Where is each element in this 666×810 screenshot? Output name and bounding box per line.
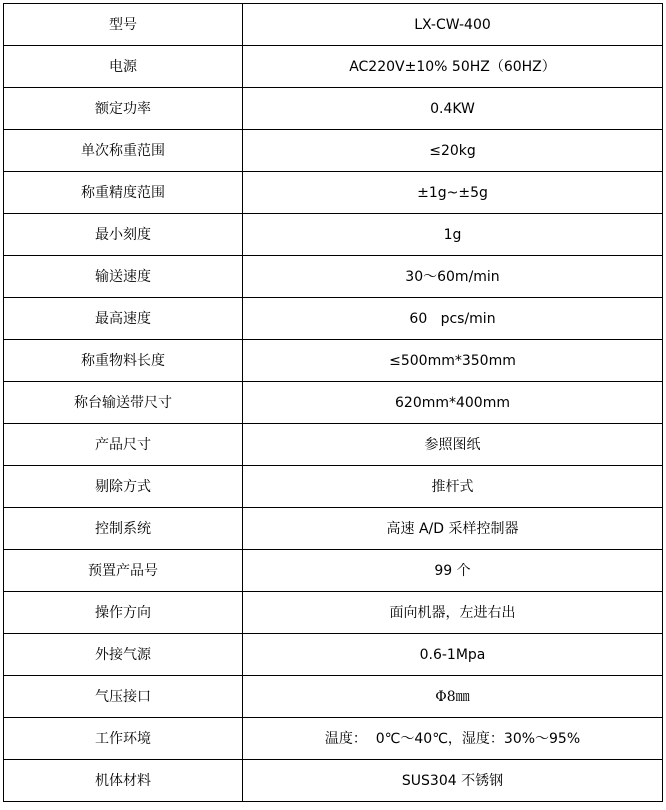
- row-value: 1g: [243, 214, 663, 256]
- row-label: 剔除方式: [4, 466, 243, 508]
- table-row-body-material: 机体材料 SUS304 不锈钢: [4, 760, 663, 802]
- table-row-max-speed: 最高速度 60 pcs/min: [4, 298, 663, 340]
- row-label: 称台输送带尺寸: [4, 382, 243, 424]
- row-value: ≤20kg: [243, 130, 663, 172]
- row-label: 控制系统: [4, 508, 243, 550]
- table-row-weighing-range: 单次称重范围 ≤20kg: [4, 130, 663, 172]
- row-label: 外接气源: [4, 634, 243, 676]
- table-row-accuracy-range: 称重精度范围 ±1g~±5g: [4, 172, 663, 214]
- row-label: 操作方向: [4, 592, 243, 634]
- row-value: 推杆式: [243, 466, 663, 508]
- table-row-control-system: 控制系统 高速 A/D 采样控制器: [4, 508, 663, 550]
- row-value: 30～60m/min: [243, 256, 663, 298]
- row-value: ≤500mm*350mm: [243, 340, 663, 382]
- row-label: 称重物料长度: [4, 340, 243, 382]
- row-value: AC220V±10% 50HZ（60HZ）: [243, 46, 663, 88]
- row-label: 单次称重范围: [4, 130, 243, 172]
- row-label: 最小刻度: [4, 214, 243, 256]
- table-row-operating-direction: 操作方向 面向机器，左进右出: [4, 592, 663, 634]
- row-value: 60 pcs/min: [243, 298, 663, 340]
- row-value: 0.6-1Mpa: [243, 634, 663, 676]
- row-label: 最高速度: [4, 298, 243, 340]
- row-label: 机体材料: [4, 760, 243, 802]
- row-value: 99 个: [243, 550, 663, 592]
- row-label: 工作环境: [4, 718, 243, 760]
- spec-table: 型号 LX-CW-400 电源 AC220V±10% 50HZ（60HZ） 额定…: [3, 3, 663, 802]
- table-row-material-length: 称重物料长度 ≤500mm*350mm: [4, 340, 663, 382]
- row-label: 产品尺寸: [4, 424, 243, 466]
- row-label: 气压接口: [4, 676, 243, 718]
- table-row-reject-method: 剔除方式 推杆式: [4, 466, 663, 508]
- table-row-preset-products: 预置产品号 99 个: [4, 550, 663, 592]
- table-row-conveyor-speed: 输送速度 30～60m/min: [4, 256, 663, 298]
- row-value: 参照图纸: [243, 424, 663, 466]
- table-row-air-port: 气压接口 Φ8㎜: [4, 676, 663, 718]
- row-value: 620mm*400mm: [243, 382, 663, 424]
- row-value: ±1g~±5g: [243, 172, 663, 214]
- row-value: SUS304 不锈钢: [243, 760, 663, 802]
- table-row-model: 型号 LX-CW-400: [4, 4, 663, 46]
- row-label: 额定功率: [4, 88, 243, 130]
- row-label: 型号: [4, 4, 243, 46]
- row-value: 温度： 0℃～40℃，湿度：30%～95%: [243, 718, 663, 760]
- row-label: 预置产品号: [4, 550, 243, 592]
- row-value: 0.4KW: [243, 88, 663, 130]
- row-label: 称重精度范围: [4, 172, 243, 214]
- row-value: 高速 A/D 采样控制器: [243, 508, 663, 550]
- row-value: Φ8㎜: [243, 676, 663, 718]
- table-row-air-source: 外接气源 0.6-1Mpa: [4, 634, 663, 676]
- table-row-rated-power: 额定功率 0.4KW: [4, 88, 663, 130]
- table-row-power-supply: 电源 AC220V±10% 50HZ（60HZ）: [4, 46, 663, 88]
- table-row-working-environment: 工作环境 温度： 0℃～40℃，湿度：30%～95%: [4, 718, 663, 760]
- row-value: LX-CW-400: [243, 4, 663, 46]
- table-row-belt-size: 称台输送带尺寸 620mm*400mm: [4, 382, 663, 424]
- table-row-product-size: 产品尺寸 参照图纸: [4, 424, 663, 466]
- row-label: 电源: [4, 46, 243, 88]
- table-row-min-division: 最小刻度 1g: [4, 214, 663, 256]
- row-label: 输送速度: [4, 256, 243, 298]
- row-value: 面向机器，左进右出: [243, 592, 663, 634]
